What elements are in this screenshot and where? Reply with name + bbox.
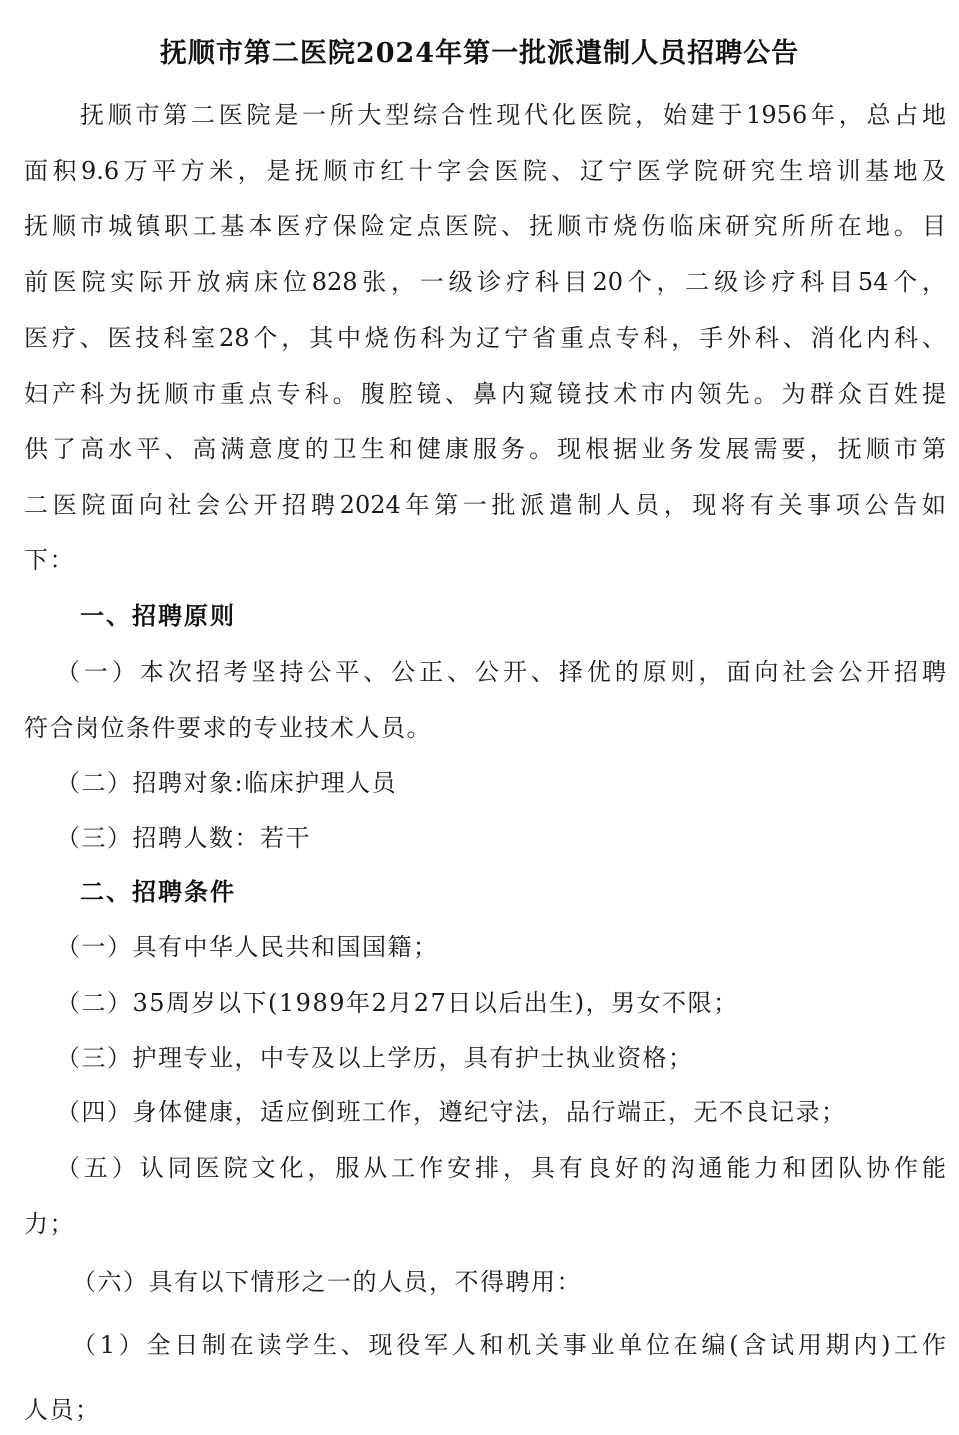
text-line: （二）招聘对象:临床护理人员 — [56, 765, 946, 801]
section-heading: 一、招聘原则 — [80, 598, 946, 634]
text-line: （一）具有中华人民共和国国籍； — [56, 929, 946, 965]
text-line: 前医院实际开放病床位828张，一级诊疗科目20个，二级诊疗科目54个， — [24, 264, 946, 300]
text-line: 供了高水平、高满意度的卫生和健康服务。现根据业务发展需要，抚顺市第 — [24, 431, 946, 467]
text-line: 人员； — [24, 1392, 946, 1428]
text-line: （四）身体健康，适应倒班工作，遵纪守法，品行端正，无不良记录； — [56, 1094, 946, 1130]
text-line: 二医院面向社会公开招聘2024年第一批派遣制人员，现将有关事项公告如 — [24, 487, 946, 523]
text-line: （一）本次招考坚持公平、公正、公开、择优的原则，面向社会公开招聘 — [56, 654, 946, 690]
text-line: 抚顺市城镇职工基本医疗保险定点医院、抚顺市烧伤临床研究所所在地。目 — [24, 208, 946, 244]
text-line: 医疗、医技科室28个，其中烧伤科为辽宁省重点专科，手外科、消化内科、 — [24, 320, 946, 356]
text-line: （三）护理专业，中专及以上学历，具有护士执业资格； — [56, 1040, 946, 1076]
text-line: 抚顺市第二医院是一所大型综合性现代化医院，始建于1956年，总占地 — [80, 97, 946, 133]
text-line: 下： — [24, 542, 946, 578]
text-line: 面积9.6万平方米，是抚顺市红十字会医院、辽宁医学院研究生培训基地及 — [24, 153, 946, 189]
section-heading: 二、招聘条件 — [80, 874, 946, 910]
text-line: （六）具有以下情形之一的人员，不得聘用： — [72, 1264, 946, 1300]
text-line: 力； — [24, 1206, 946, 1242]
text-line: 符合岗位条件要求的专业技术人员。 — [24, 710, 946, 746]
text-line: （1）全日制在读学生、现役军人和机关事业单位在编(含试用期内)工作 — [72, 1327, 946, 1363]
text-line: （二）35周岁以下(1989年2月27日以后出生)，男女不限； — [56, 985, 946, 1021]
text-line: （三）招聘人数：若干 — [56, 820, 946, 856]
text-line: （五）认同医院文化，服从工作安排，具有良好的沟通能力和团队协作能 — [56, 1150, 946, 1186]
document-title: 抚顺市第二医院2024年第一批派遣制人员招聘公告 — [0, 34, 959, 74]
text-line: 妇产科为抚顺市重点专科。腹腔镜、鼻内窥镜技术市内领先。为群众百姓提 — [24, 376, 946, 412]
document-page: 抚顺市第二医院2024年第一批派遣制人员招聘公告 抚顺市第二医院是一所大型综合性… — [0, 0, 959, 1435]
